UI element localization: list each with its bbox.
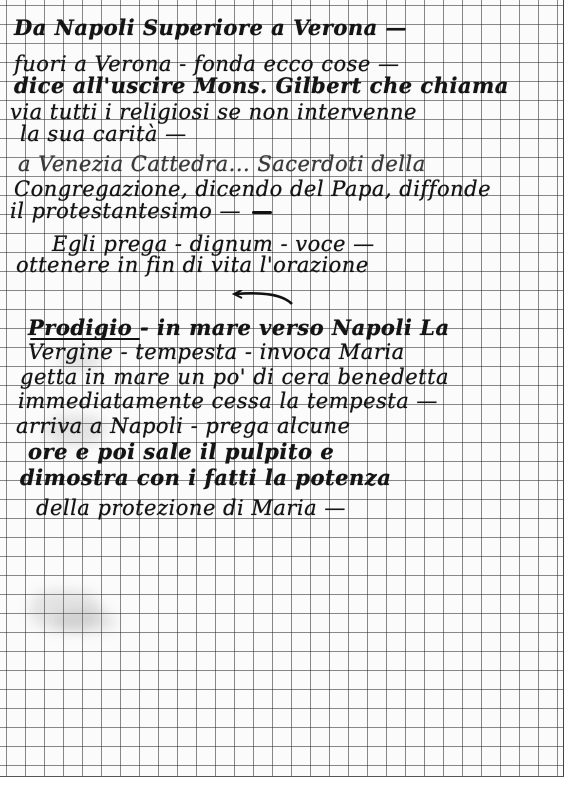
smudge-mark [55,610,115,632]
dash-mark [252,211,272,214]
manuscript-line: Da Napoli Superiore a Verona — [14,16,407,40]
manuscript-line: a Venezia Cattedra... Sacerdoti della [18,152,426,176]
manuscript-line: della protezione di Maria — [36,496,346,520]
grid-paper-sheet: Da Napoli Superiore a Verona — fuori a V… [0,0,564,777]
manuscript-line: arriva a Napoli - prega alcune [16,414,350,438]
manuscript-line: getta in mare un po' di cera benedetta [20,365,449,389]
manuscript-line: Vergine - tempesta - invoca Maria [28,340,405,364]
manuscript-line: via tutti i religiosi se non intervenne [10,100,417,124]
manuscript-line: la sua carità — [20,122,187,146]
manuscript-line: dice all'uscire Mons. Gilbert che chiama [14,74,509,98]
manuscript-line: il protestantesimo — [10,199,241,223]
manuscript-line: Congregazione, dicendo del Papa, diffond… [14,177,491,201]
manuscript-line: ore e poi sale il pulpito e [28,440,334,464]
arrow-left-icon [232,290,294,306]
manuscript-line: Prodigio - in mare verso Napoli La [28,316,450,340]
manuscript-line: dimostra con i fatti la potenza [20,466,391,490]
manuscript-line: ottenere in fin di vita l'orazione [16,253,369,277]
manuscript-line: immediatamente cessa la tempesta — [18,389,438,413]
